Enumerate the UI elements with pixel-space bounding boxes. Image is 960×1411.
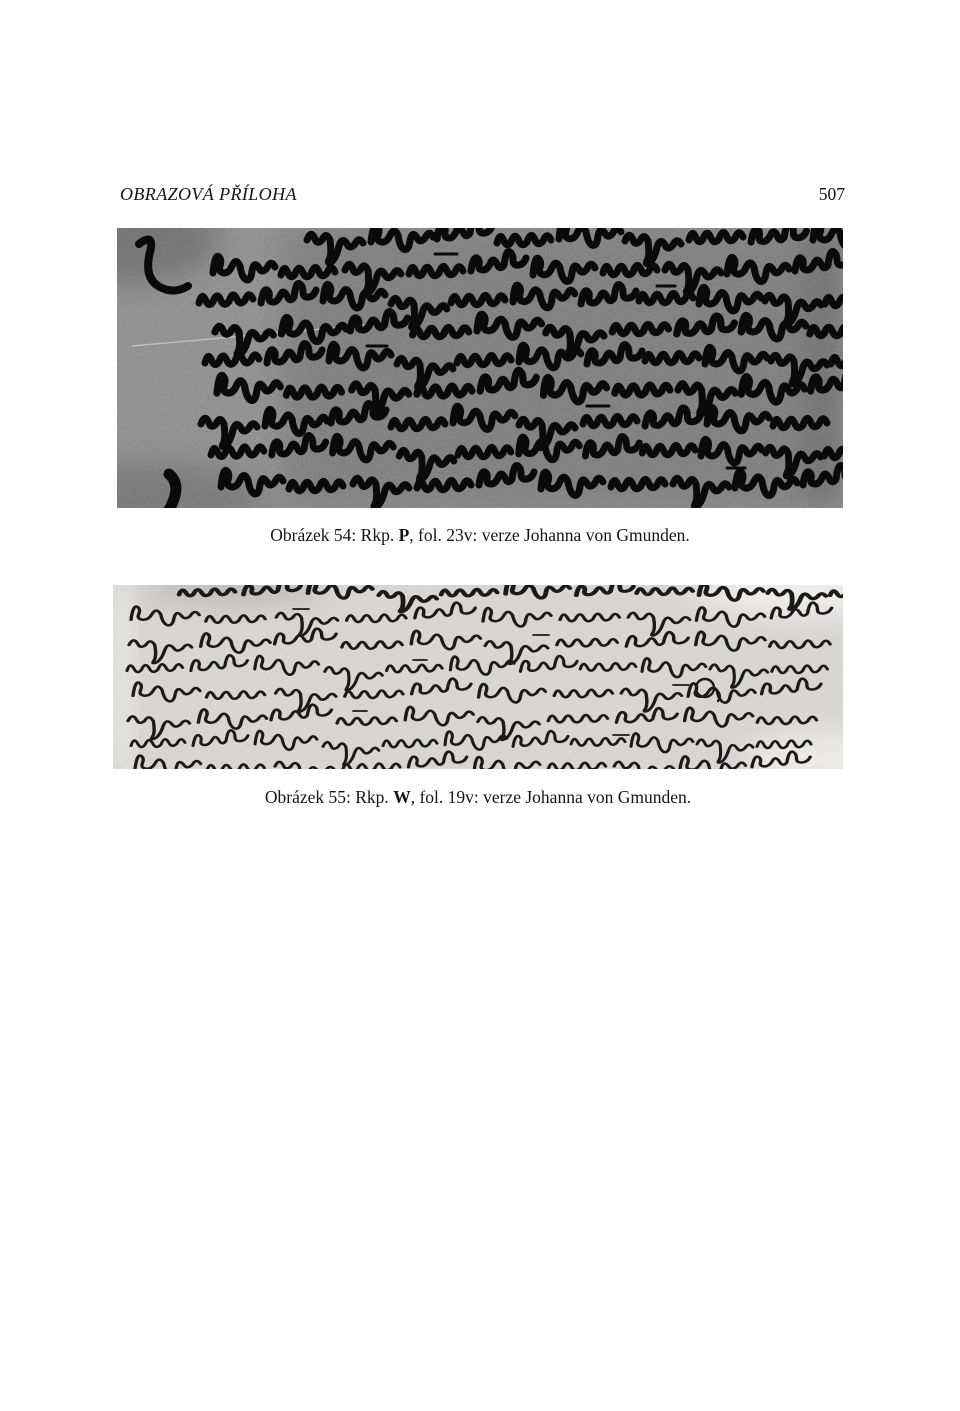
caption-55-siglum: W — [393, 787, 411, 807]
caption-54-siglum: P — [399, 525, 410, 545]
caption-55-prefix: Obrázek 55: Rkp. — [265, 787, 393, 807]
manuscript-photo-54 — [117, 228, 843, 508]
caption-54-prefix: Obrázek 54: Rkp. — [270, 525, 398, 545]
manuscript-photo-55 — [113, 585, 843, 769]
caption-54-suffix: , fol. 23v: verze Johanna von Gmunden. — [409, 525, 689, 545]
page-header: OBRAZOVÁ PŘÍLOHA 507 — [120, 184, 845, 205]
running-title: OBRAZOVÁ PŘÍLOHA — [120, 184, 297, 205]
book-page: OBRAZOVÁ PŘÍLOHA 507 — [0, 0, 960, 1411]
figure-55-caption: Obrázek 55: Rkp. W, fol. 19v: verze Joha… — [113, 788, 843, 807]
caption-55-suffix: , fol. 19v: verze Johanna von Gmunden. — [411, 787, 691, 807]
manuscript-photo-55-art — [113, 585, 843, 769]
page-number: 507 — [819, 184, 845, 205]
manuscript-photo-54-art — [117, 228, 843, 508]
figure-54-caption: Obrázek 54: Rkp. P, fol. 23v: verze Joha… — [117, 526, 843, 545]
